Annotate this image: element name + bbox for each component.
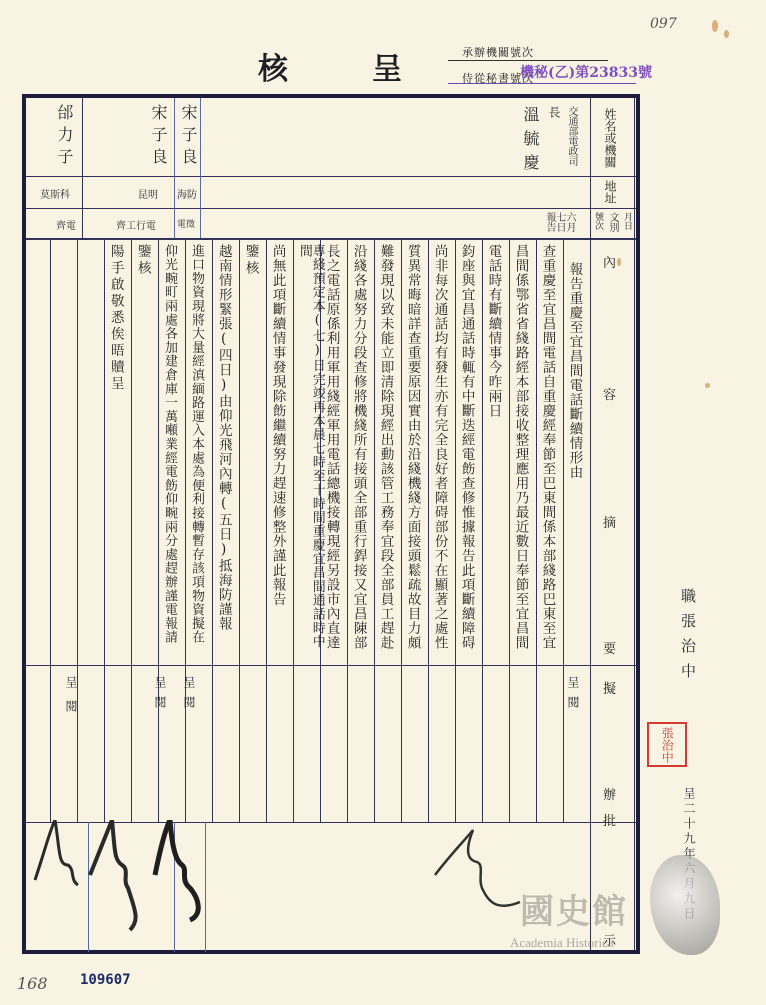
column-rule (401, 240, 402, 822)
date-type-text: 六月七日報告 (544, 212, 574, 240)
label-address: 地址 (604, 180, 616, 204)
label-content-4: 要 (603, 638, 616, 657)
column-rule (482, 240, 483, 822)
label-content-1: 內 (603, 252, 616, 271)
sender-4-name: 邰力子 (56, 104, 72, 170)
content-column: 進口物資現將大量經滇緬路運入本處為便利接轉暫存該項物資擬在 (189, 244, 202, 662)
proposed-mark-3: 呈閱 (154, 676, 166, 716)
column-rule (455, 240, 456, 822)
column-rule (50, 240, 51, 822)
red-seal: 張治中 (647, 722, 687, 767)
column-rule (77, 240, 78, 822)
content-column: 鈞座與宜昌通話時輒有中斷迭經電飭查修惟據報告此項斷續障碍 (459, 244, 473, 662)
sender-2-name: 宋子良 (180, 104, 196, 170)
label-doc-type: 文別 (607, 212, 617, 232)
column-rule (104, 240, 105, 822)
column-rule (563, 240, 564, 822)
content-column: 查重慶至宜昌間電話自重慶經奉節至巴東間係本部綫路巴東至宜 (540, 244, 554, 662)
label-content-2: 容 (603, 384, 616, 403)
content-column: 質異常晦暗詳查重要原因實由於沿綫機綫方面接頭鬆疏故目力頗 (405, 244, 419, 662)
page-number-handwritten: 168 (17, 974, 48, 993)
column-rule (293, 240, 294, 822)
content-column: 尚無此項斷續情事發現除飭繼續努力趕速修整外謹此報告 (270, 244, 284, 662)
handwritten-signatures (30, 820, 220, 950)
sender-org: 交通部電政司 (566, 106, 576, 166)
column-rule (239, 240, 240, 822)
sender-3-address: 昆明 (138, 186, 158, 201)
sender-4-mode: 齊電 (56, 217, 76, 232)
label-number: 號次 (593, 212, 602, 230)
label-date: 月日 (622, 212, 631, 230)
column-rule (185, 240, 186, 822)
label-instruction-1: 批 (603, 810, 616, 829)
watermark-logo (650, 855, 720, 955)
content-column: 陽手啟敬悉俟晤贖呈 (108, 244, 122, 662)
column-rule (131, 240, 132, 822)
column-rule (158, 240, 159, 822)
proposed-mark-4: 呈閱 (65, 676, 77, 724)
column-rule (347, 240, 348, 822)
content-column: 難發現以致未能立即清除現經出動該管工務奉宜段全部員工趕赴 (378, 244, 392, 662)
document-number: 109607 (80, 972, 131, 988)
routing-line-1: 承辦機關號次 (462, 44, 534, 60)
sender-name: 溫毓慶 (522, 106, 538, 178)
content-column: 尚非每次通話均有發生亦有完全良好者障碍部份不在顯著之處性 (432, 244, 446, 662)
title-char-cheng: 呈 (372, 44, 402, 88)
content-column: 專綫預定本(七)日完竣再本晨七時至十時間重慶宜昌間通話時中間 (297, 244, 323, 662)
label-proposed-1: 擬 (603, 678, 616, 697)
content-column: 沿綫各處努力分段查修將機綫所有接頭全部重行銲接又宜昌陳部 (351, 244, 365, 662)
column-rule (509, 240, 510, 822)
sender-2-mode: 電徵 (177, 217, 195, 230)
column-rule (428, 240, 429, 822)
content-column: 鑒核 (135, 244, 149, 662)
archive-page-top: 097 (650, 16, 677, 32)
content-column: 昌間係鄂省省綫路經本部接收整理應用乃最近數日奉節至宜昌間 (513, 244, 527, 662)
sender-3-name: 宋子良 (150, 104, 166, 170)
label-name-or-org: 姓名或機關 (604, 108, 616, 168)
handwritten-signature-instruction (425, 820, 535, 930)
label-proposed-2: 辦 (603, 784, 616, 803)
proposed-mark-2: 呈閱 (183, 676, 195, 716)
content-column: 報告重慶至宜昌間電話斷續情形由 (567, 262, 581, 680)
watermark-chinese: 國史館 (520, 884, 628, 933)
label-content-3: 摘 (603, 512, 616, 531)
content-column: 仰光畹町兩處各加建倉庫一萬噸業經電飭仰畹兩分處趕辦謹電報請 (162, 244, 175, 662)
sender-4-address: 莫斯科 (40, 186, 70, 201)
watermark-english: Academia Historica (510, 935, 614, 951)
column-rule (212, 240, 213, 822)
proposed-mark-1: 呈閱 (567, 676, 579, 716)
title-char-he: 核 (258, 44, 288, 88)
secretary-number-stamp: 機秘(乙)第23833號 (520, 62, 652, 82)
content-column: 電話時有斷續情事今昨兩日 (486, 244, 500, 662)
holder-name: 職張治中 (680, 588, 695, 688)
sender-3-mode: 齊工行電 (116, 217, 156, 232)
content-column: 越南情形緊張(四日)由仰光飛河內轉(五日)抵海防謹報 (216, 244, 230, 662)
content-column: 長之電話原係利用軍用綫經軍用電話總機接轉現經另設市內直達 (324, 244, 338, 662)
column-rule (536, 240, 537, 822)
sender-title: 長 (548, 106, 560, 118)
content-column: 鑒核 (243, 244, 257, 662)
sender-2-address: 海防 (177, 186, 197, 201)
column-rule (266, 240, 267, 822)
sender-date-type: 六月七日報告 (544, 212, 574, 240)
column-rule (374, 240, 375, 822)
